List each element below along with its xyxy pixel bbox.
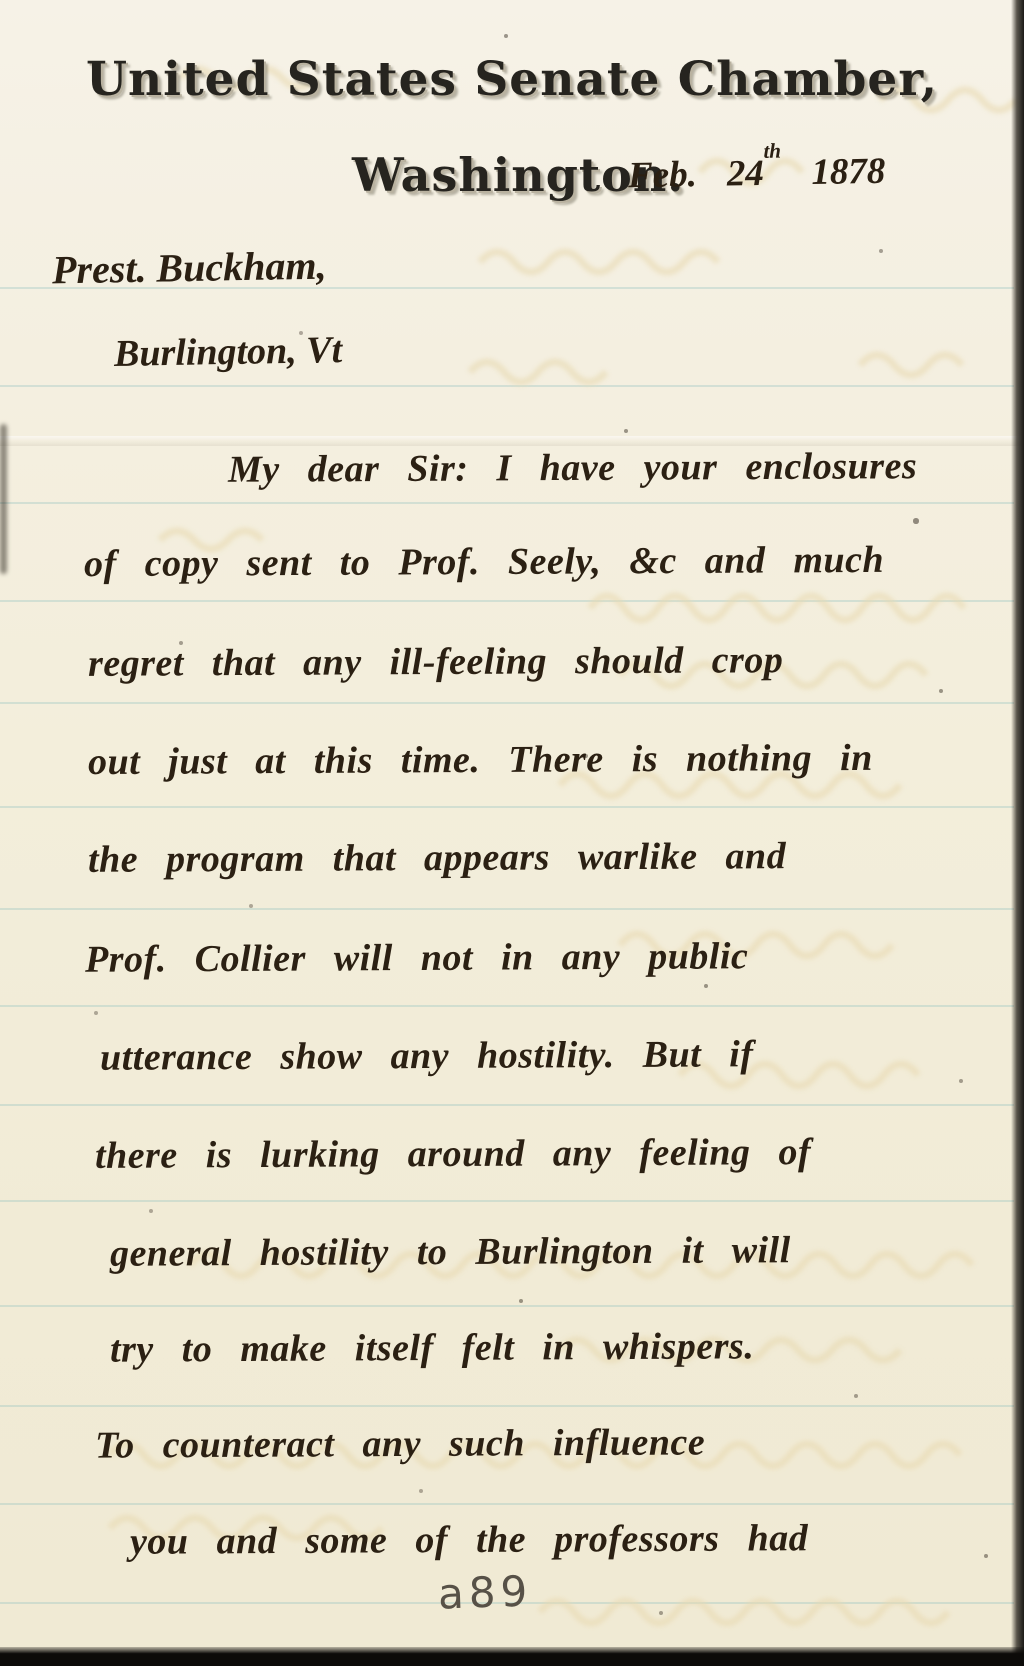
letter-page: United States Senate Chamber, Washington… xyxy=(0,0,1024,1666)
letter-line: utterance show any hostility. But if xyxy=(100,1032,754,1079)
ink-speckles xyxy=(0,0,2,2)
letter-line: you and some of the professors had xyxy=(130,1516,808,1564)
letter-line: regret that any ill-feeling should crop xyxy=(88,638,784,686)
letter-line: there is lurking around any feeling of xyxy=(95,1130,811,1178)
scan-edge-right xyxy=(1011,0,1024,1666)
date-month: Feb. xyxy=(628,153,698,197)
letter-line: the program that appears warlike and xyxy=(88,834,786,882)
letter-line: To counteract any such influence xyxy=(95,1420,705,1467)
pencil-page-number: a89 xyxy=(437,1566,533,1618)
letter-line: out just at this time. There is nothing … xyxy=(88,736,873,784)
scan-edge-bottom xyxy=(0,1647,1024,1666)
scan-edge-left xyxy=(0,424,7,574)
letterhead-organization: United States Senate Chamber, xyxy=(0,52,1024,107)
letter-line: My dear Sir: I have your enclosures xyxy=(228,444,917,492)
date-day: 24th xyxy=(726,152,781,196)
letter-line: Prof. Collier will not in any public xyxy=(85,934,749,981)
date-day-suffix: th xyxy=(763,138,781,162)
date-year: 1878 xyxy=(811,150,886,194)
letter-line: try to make itself felt in whispers. xyxy=(110,1324,755,1371)
recipient-place: Burlington, Vt xyxy=(114,328,343,376)
handwritten-date: Feb. 24th 1878 xyxy=(628,150,886,197)
recipient-name: Prest. Buckham, xyxy=(52,242,327,294)
letter-line: general hostility to Burlington it will xyxy=(110,1228,791,1276)
letter-line: of copy sent to Prof. Seely, &c and much xyxy=(84,538,884,586)
